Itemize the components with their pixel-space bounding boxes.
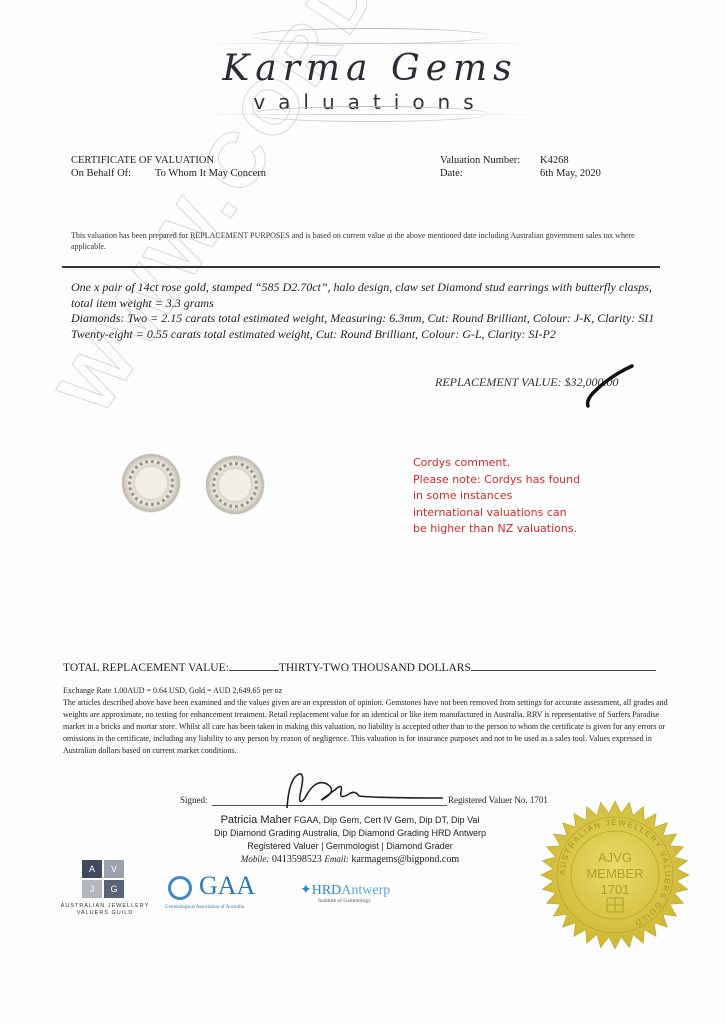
valuer-line2: Dip Diamond Grading Australia, Dip Diamo… [200,827,500,840]
ajvg-caption: AUSTRALIAN JEWELLERY [55,903,155,910]
item-description: One x pair of 14ct rose gold, stamped “5… [71,280,671,342]
blank-line [229,660,279,671]
valuer-details: Patricia Maher FGAA, Dip Gem, Cert IV Ge… [200,814,500,866]
valuation-number-label: Valuation Number: [440,154,540,167]
registered-valuer-number: Registered Valuer No. 1701 [448,795,548,805]
mobile-number: 0413598523 [272,854,322,865]
diamond-icon [168,876,192,900]
email-address[interactable]: karmagems@bigpond.com [351,854,459,865]
email-label: Email: [324,854,349,864]
valuer-name: Patricia Maher [221,814,292,826]
ajvg-letter: V [104,860,124,878]
total-label: TOTAL REPLACEMENT VALUE: [63,662,229,674]
signed-label: Signed: [180,795,208,805]
divider [62,266,660,268]
flourish-bottom [250,106,490,122]
blank-line [471,660,656,671]
hrd-antwerp-logo: ✦HRDAntwerp Institute of Gemmology [300,882,410,912]
description-line: Twenty-eight = 0.55 carats total estimat… [71,327,671,343]
seal-line3: 1701 [601,882,630,897]
star-icon: ✦ [300,883,312,898]
mobile-label: Mobile: [241,854,270,864]
ajvg-member-seal: AUSTRALIAN JEWELLERY VALUERS GUILD AJVG … [540,800,690,950]
hrd-text-antwerp: Antwerp [341,883,390,898]
signature-scribble [275,768,475,818]
ajvg-letter: J [82,880,102,898]
cordys-comment: Cordys comment. Please note: Cordys has … [413,455,583,538]
valuer-quals: FGAA, Dip Gem, Cert IV Gem, Dip DT, Dip … [294,815,479,825]
earring-image-right [206,456,264,514]
header-left: CERTIFICATE OF VALUATION On Behalf Of:To… [71,154,266,180]
logo-band [190,43,550,44]
flourish-top [250,28,490,44]
behalf-label: On Behalf Of: [71,167,155,180]
certificate-page: WWW.CORDYS.CO.NZ Karma Gems valuations C… [0,0,725,1024]
doc-title: CERTIFICATE OF VALUATION [71,154,266,167]
ajvg-logo: A V J G AUSTRALIAN JEWELLERYVALUERS GUIL… [55,860,155,920]
seal-line2: MEMBER [586,866,643,881]
disclaimer: The articles described above have been e… [63,697,673,757]
hrd-text: HRD [312,883,342,898]
comment-text: Please note: Cordys has found in some in… [413,472,583,538]
legal-text: Exchange Rate 1.00AUD = 0.64 USD, Gold =… [63,685,673,757]
header-right: Valuation Number:K4268 Date:6th May, 202… [440,154,601,180]
gaa-caption: Gemmological Association of Australia [165,905,244,910]
valuer-line3: Registered Valuer | Gemmologist | Diamon… [200,840,500,853]
gaa-logo: GAA Gemmological Association of Australi… [165,873,265,913]
comment-title: Cordys comment. [413,455,583,472]
ajvg-letter: A [82,860,102,878]
earring-image-left [122,454,180,512]
karma-gems-logo: Karma Gems valuations [190,10,550,120]
description-line: One x pair of 14ct rose gold, stamped “5… [71,280,671,311]
ajvg-letter: G [104,880,124,898]
total-replacement-value: TOTAL REPLACEMENT VALUE:THIRTY-TWO THOUS… [63,660,668,674]
preparation-note: This valuation has been prepared for REP… [71,230,671,252]
seal-line1: AJVG [598,850,632,865]
description-line: Diamonds: Two = 2.15 carats total estima… [71,311,671,327]
ajvg-caption: VALUERS GUILD [55,910,155,917]
behalf-value: To Whom It May Concern [155,168,266,179]
date-label: Date: [440,167,540,180]
hrd-caption: Institute of Gemmology [318,898,371,904]
gaa-text: GAA [199,871,255,901]
logo-brand: Karma Gems [200,48,540,89]
valuation-number: K4268 [540,155,569,166]
total-value-words: THIRTY-TWO THOUSAND DOLLARS [279,662,471,674]
pen-slash-mark [580,362,650,412]
exchange-rate: Exchange Rate 1.00AUD = 0.64 USD, Gold =… [63,685,673,697]
date-value: 6th May, 2020 [540,168,601,179]
